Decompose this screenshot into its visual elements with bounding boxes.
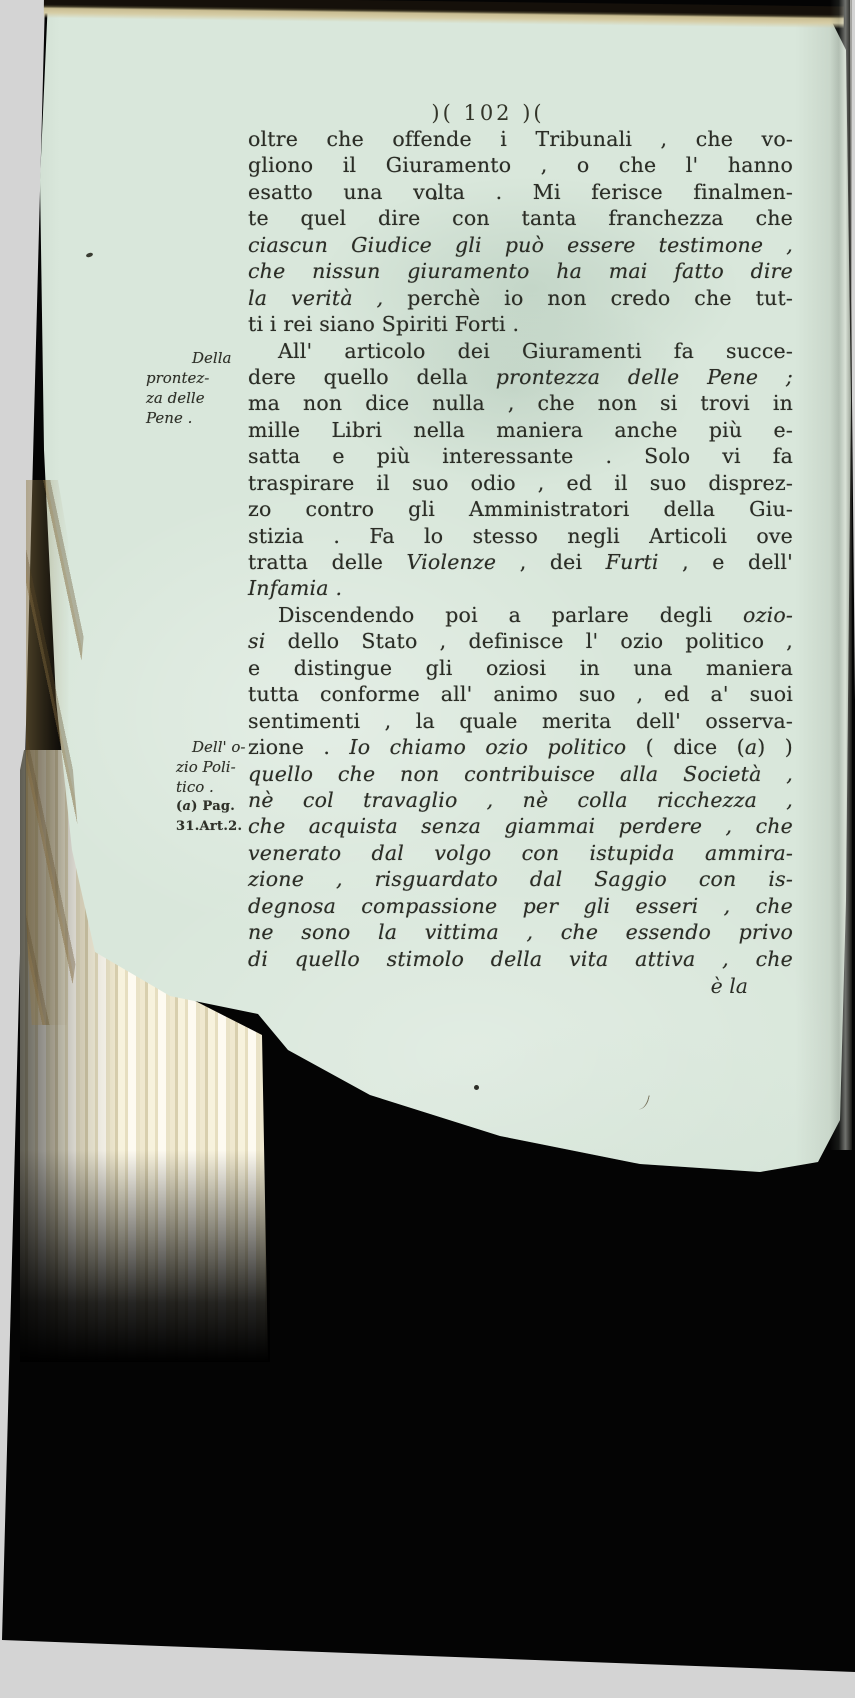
body-text-line: stizia . Fa lo stesso negli Articoli ove — [248, 523, 793, 549]
italic-text-run: zio Poli- — [176, 758, 236, 776]
fore-edge-shadow-fade — [20, 1150, 270, 1362]
text-run: gliono il Giuramento , o che l' hanno — [248, 153, 793, 177]
italic-text-run: la verità , — [248, 286, 383, 310]
italic-text-run: che nissun giuramento ha mai fatto dire — [248, 259, 793, 283]
text-run: Discendendo poi a parlare degli — [278, 603, 743, 627]
italic-text-run: zione , risguardato dal Saggio con is- — [248, 867, 793, 891]
body-text-line: te quel dire con tanta franchezza che — [248, 205, 793, 231]
italic-text-run: di quello stimolo della vita attiva , ch… — [248, 947, 793, 971]
body-text-line: All' articolo dei Giuramenti fa succe- — [248, 338, 793, 364]
text-run: tratta delle — [248, 550, 407, 574]
italic-text-run: nè col travaglio , nè colla ricchezza , — [248, 788, 793, 812]
body-text-line: mille Libri nella maniera anche più e- — [248, 417, 793, 443]
text-run: tutta conforme all' animo suo , ed a' su… — [248, 682, 793, 706]
italic-text-run: degnosa compassione per gli esseri , che — [248, 894, 793, 918]
italic-text-run: ne sono la vittima , che essendo privo — [248, 920, 793, 944]
ink-speck — [474, 1085, 479, 1090]
body-text-line: degnosa compassione per gli esseri , che — [248, 893, 793, 919]
body-text-line: zione . Io chiamo ozio politico ( dice (… — [248, 734, 793, 760]
italic-text-run: Violenze — [407, 550, 497, 574]
italic-text-run: prontez- — [146, 369, 209, 387]
body-text-line: zo contro gli Amministratori della Giu- — [248, 496, 793, 522]
italic-text-run: Infamia . — [248, 576, 342, 600]
text-run: dere quello della — [248, 365, 496, 389]
margin-note-line: Della — [146, 348, 241, 368]
body-text-line: ciascun Giudice gli può essere testimone… — [248, 232, 793, 258]
italic-text-run: Pene . — [146, 409, 192, 427]
body-text-line: e distingue gli oziosi in una maniera — [248, 655, 793, 681]
text-run: oltre che offende i Tribunali , che vo- — [248, 127, 793, 151]
body-text-line: la verità , perchè io non credo che tut- — [248, 285, 793, 311]
body-text-line: esatto una volta . Mi ferisce finalmen- — [248, 179, 793, 205]
italic-text-run: Dell' o- — [192, 738, 246, 756]
body-text-line: traspirare il suo odio , ed il suo dispr… — [248, 470, 793, 496]
italic-text-run: tico . — [176, 778, 214, 796]
body-text-line: Infamia . — [248, 575, 793, 601]
italic-text-run: che acquista senza giammai perdere , che — [248, 814, 793, 838]
page-right-edge-shading — [830, 0, 852, 1150]
text-run: traspirare il suo odio , ed il suo dispr… — [248, 471, 793, 495]
margin-note-ozio-politico: Dell' o-zio Poli-tico .(a) Pag.31.Art.2. — [176, 737, 271, 837]
body-text-line: gliono il Giuramento , o che l' hanno — [248, 152, 793, 178]
body-text-line: tratta delle Violenze , dei Furti , e de… — [248, 549, 793, 575]
italic-text-run: ciascun Giudice gli può essere testimone… — [248, 233, 793, 257]
text-run: te quel dire con tanta franchezza che — [248, 206, 793, 230]
italic-text-run: za delle — [146, 389, 205, 407]
body-text-line: ti i rei siano Spiriti Forti . — [248, 311, 793, 337]
text-run: esatto una volta . Mi ferisce finalmen- — [248, 180, 793, 204]
margin-note-line: Pene . — [146, 408, 241, 428]
text-run: e distingue gli oziosi in una maniera — [248, 656, 793, 680]
italic-text-run: a — [745, 735, 757, 759]
italic-text-run: ozio- — [743, 603, 793, 627]
text-run: 31.Art.2. — [176, 819, 242, 834]
ink-speck — [433, 196, 437, 200]
text-run: All' articolo dei Giuramenti fa succe- — [278, 339, 793, 363]
text-run: stizia . Fa lo stesso negli Articoli ove — [248, 524, 793, 548]
body-text-line: satta e più interessante . Solo vi fa — [248, 443, 793, 469]
scanned-book-photo: )( 102 )( oltre che offende i Tribunali … — [0, 0, 855, 1698]
italic-text-run: si — [248, 629, 265, 653]
margin-note-line: za delle — [146, 388, 241, 408]
body-text-line: ne sono la vittima , che essendo privo — [248, 919, 793, 945]
italic-text-run: Furti — [606, 550, 659, 574]
text-run: , e dell' — [659, 550, 793, 574]
text-run: , dei — [496, 550, 605, 574]
body-text-column: oltre che offende i Tribunali , che vo-g… — [248, 126, 793, 972]
text-run: zo contro gli Amministratori della Giu- — [248, 497, 793, 521]
margin-note-line: prontez- — [146, 368, 241, 388]
text-run: sentimenti , la quale merita dell' osser… — [248, 709, 793, 733]
text-run: ) ) — [757, 735, 793, 759]
text-run: satta e più interessante . Solo vi fa — [248, 444, 793, 468]
text-run: dello Stato , definisce l' ozio politico… — [265, 629, 793, 653]
italic-text-run: a — [182, 799, 191, 814]
catchword: è la — [248, 974, 748, 998]
body-text-line: dere quello della prontezza delle Pene ; — [248, 364, 793, 390]
italic-text-run: prontezza delle Pene ; — [496, 365, 793, 389]
text-run: mille Libri nella maniera anche più e- — [248, 418, 793, 442]
body-text-line: Discendendo poi a parlare degli ozio- — [248, 602, 793, 628]
body-text-line: tutta conforme all' animo suo , ed a' su… — [248, 681, 793, 707]
body-text-line: venerato dal volgo con istupida ammira- — [248, 840, 793, 866]
italic-text-run: quello che non contribuisce alla Società… — [248, 762, 793, 786]
italic-text-run: Della — [192, 349, 231, 367]
body-text-line: si dello Stato , definisce l' ozio polit… — [248, 628, 793, 654]
body-text-line: ma non dice nulla , che non si trovi in — [248, 390, 793, 416]
italic-text-run: Io chiamo ozio politico — [349, 735, 626, 759]
margin-note-line: Dell' o- — [176, 737, 271, 757]
text-run: ti i rei siano Spiriti Forti . — [248, 312, 519, 336]
body-text-line: nè col travaglio , nè colla ricchezza , — [248, 787, 793, 813]
text-run: ( dice ( — [626, 735, 744, 759]
body-text-line: zione , risguardato dal Saggio con is- — [248, 866, 793, 892]
body-text-line: quello che non contribuisce alla Società… — [248, 761, 793, 787]
body-text-line: oltre che offende i Tribunali , che vo- — [248, 126, 793, 152]
margin-note-prontezza-delle-pene: Dellaprontez-za dellePene . — [146, 348, 241, 428]
margin-note-line: tico . — [176, 777, 271, 797]
margin-note-line: 31.Art.2. — [176, 817, 271, 837]
text-run: ma non dice nulla , che non si trovi in — [248, 391, 793, 415]
body-text-line: che nissun giuramento ha mai fatto dire — [248, 258, 793, 284]
margin-note-line: (a) Pag. — [176, 797, 271, 817]
margin-note-line: zio Poli- — [176, 757, 271, 777]
body-text-line: sentimenti , la quale merita dell' osser… — [248, 708, 793, 734]
text-run: ) Pag. — [191, 799, 235, 814]
text-run: perchè io non credo che tut- — [383, 286, 793, 310]
italic-text-run: venerato dal volgo con istupida ammira- — [248, 841, 793, 865]
page-number-header: )( 102 )( — [248, 101, 728, 125]
body-text-line: di quello stimolo della vita attiva , ch… — [248, 946, 793, 972]
body-text-line: che acquista senza giammai perdere , che — [248, 813, 793, 839]
